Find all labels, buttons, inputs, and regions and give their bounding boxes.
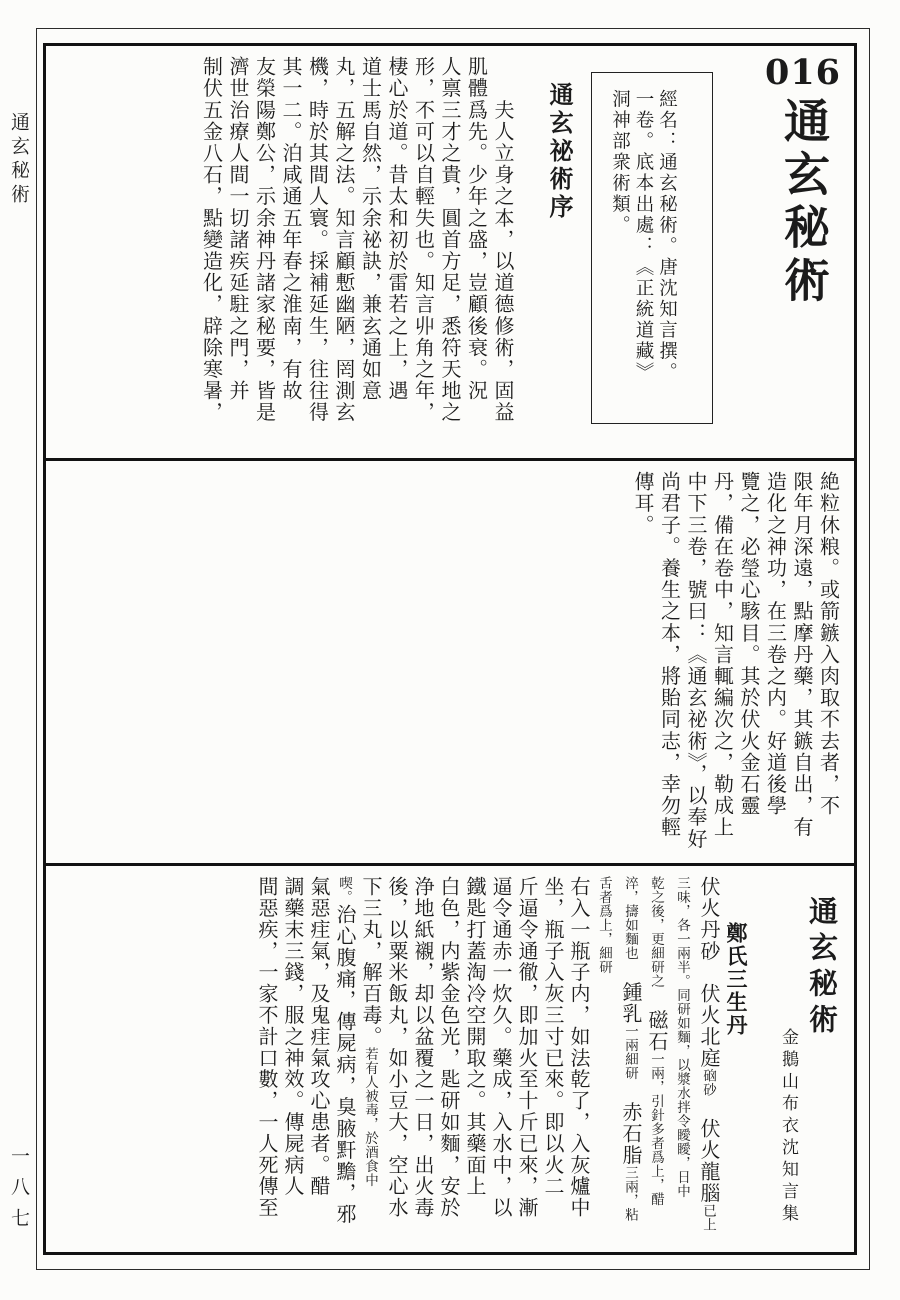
annotation-text: 淬，擣如麵也 (623, 876, 638, 960)
text-column: 機，時於其間人寰。採補延生，往往得 (307, 56, 327, 452)
margin-running-title: 通玄秘術 (9, 112, 28, 208)
recipe-text-column: 淬，擣如麵也 鍾乳一兩細研 赤石脂三兩，粘 (620, 876, 640, 1248)
text-column: 絶粒休粮。或箭鏃入肉取不去者，不 (818, 471, 838, 855)
recipe-text-column: 喫。治心腹痛，傳屍病，臭腋䵟黵，邪 (334, 876, 354, 1248)
recipe-text-column: 下三丸，解百毒。若有人被毒，於酒食中 (360, 876, 380, 1248)
main-text-title: 通玄秘術 (806, 876, 835, 1248)
colophon-columns: 經名：通玄秘術。唐沈知言撰。一卷。底本出處：《正統道藏》洞神部衆術類。 (592, 73, 694, 423)
body-text: 調藥末三錢，服之神效。傳屍病人 (281, 876, 303, 1197)
annotation-text: 三兩，粘 (623, 1166, 638, 1222)
text-column: 人禀三才之貴，圓首方足，悉符天地之 (439, 56, 459, 452)
recipe-text-column: 後，以粟米飯丸，如小豆大，空心水 (386, 876, 406, 1248)
body-text: 氣惡疰氣，及鬼疰氣攻心患者。醋 (307, 876, 329, 1197)
recipe-text-column: 調藥末三錢，服之神效。傳屍病人 (282, 876, 302, 1248)
body-text: 鍾乳 (619, 960, 641, 1024)
body-text: 後，以粟米飯丸，如小豆大，空心水 (385, 876, 407, 1218)
preface-title: 通玄祕術序 (546, 56, 570, 452)
text-column: 夫人立身之本，以道德修術，固益 (492, 56, 512, 452)
masthead: 016 通玄秘術 (756, 54, 850, 309)
page-number-folio: 一八七 (9, 1146, 28, 1239)
body-text: 治心腹痛，傳屍病，臭腋䵟黵，邪 (333, 904, 355, 1225)
recipe-text-column: 乾之後，更細研之 磁石一兩，引針多者爲上，醋 (646, 876, 666, 1248)
recipe-text-column: 間惡疾，一家不計口數，一人死傳至 (256, 876, 276, 1248)
annotation-text: 三味，各一兩半。同研如麵，以漿水拌令瞹瞹，日中 (675, 876, 690, 1198)
recipe-text-column: 斤逼令通徹，即加火至十斤已來，漸 (516, 876, 536, 1248)
text-column: 傳耳。 (632, 471, 652, 855)
masthead-number: 016 (756, 54, 850, 93)
body-text: 斤逼令通徹，即加火至十斤已來，漸 (515, 876, 537, 1218)
text-column: 限年月深遠，點摩丹藥，其鏃自出，有 (791, 471, 811, 855)
body-text: 坐，瓶子入灰三寸已來。即以火二 (541, 876, 563, 1197)
annotation-text: 若有人被毒，於酒食中 (363, 1047, 378, 1187)
section-preface: 016 通玄秘術 經名：通玄秘術。唐沈知言撰。一卷。底本出處：《正統道藏》洞神部… (46, 46, 854, 461)
annotation-text: 舌者爲上，細研 (597, 876, 612, 974)
body-text: 鐵匙打蓋淘冷空開取之。其藥面上 (463, 876, 485, 1197)
body-text: 赤石脂 (619, 1080, 641, 1166)
text-column: 道士馬自然，示余祕訣，兼玄通如意 (360, 56, 380, 452)
body-text: 間惡疾，一家不計口數，一人死傳至 (255, 876, 277, 1218)
text-column: 制伏五金八石，點變造化，辟除寒暑， (201, 56, 221, 452)
body-text: 下三丸，解百毒。 (359, 876, 381, 1047)
body-text: 浄地紙襯，却以盆覆之一日，出火毒 (411, 876, 433, 1218)
text-column: 尚君子。養生之本，將貽同志，幸勿輕 (659, 471, 679, 855)
main-text-body: 通玄秘術 金鵝山布衣沈知言集 鄭氏三生丹 伏火丹砂 伏火北庭硇砂 伏火龍腦已上三… (58, 876, 844, 1248)
recipe-text-column: 舌者爲上，細研 (594, 876, 614, 1248)
text-column: 中下三卷，號曰：《通玄祕術》，以奉好 (685, 471, 705, 855)
text-column: 覽之，必瑩心駭目。其於伏火金石靈 (738, 471, 758, 855)
section-main-text: 通玄秘術 金鵝山布衣沈知言集 鄭氏三生丹 伏火丹砂 伏火北庭硇砂 伏火龍腦已上三… (46, 866, 854, 1252)
text-column: 濟世治療人間一切諸疾延駐之門，并 (227, 56, 247, 452)
recipe-text-column: 逼令通赤一炊久。藥成，入水中，以 (490, 876, 510, 1248)
recipe-text-column: 三味，各一兩半。同研如麵，以漿水拌令瞹瞹，日中 (672, 876, 692, 1248)
recipe-text-column: 白色，内紫金色光，匙研如麵，安於 (438, 876, 458, 1248)
colophon-box: 經名：通玄秘術。唐沈知言撰。一卷。底本出處：《正統道藏》洞神部衆術類。 (591, 72, 713, 424)
text-column: 造化之神功，在三卷之内。好道後學 (765, 471, 785, 855)
body-text: 伏火龍腦 (697, 1097, 719, 1204)
body-text: 逼令通赤一炊久。藥成，入水中，以 (489, 876, 511, 1218)
text-column: 丹，備在卷中，知言輒編次之，勒成上 (712, 471, 732, 855)
recipe-text-column: 浄地紙襯，却以盆覆之一日，出火毒 (412, 876, 432, 1248)
annotation-text: 一兩細研 (623, 1024, 638, 1080)
masthead-title: 通玄秘術 (780, 97, 826, 309)
annotation-text: 一兩，引針多者爲上，醋 (649, 1052, 664, 1206)
preface-body: 通玄祕術序 夫人立身之本，以道德修術，固益肌體爲先。少年之盛，豈顧後衰。況人禀三… (60, 56, 578, 452)
annotation-text: 喫。 (337, 876, 352, 904)
text-column: 形，不可以自輕失也。知言丱角之年， (413, 56, 433, 452)
body-text: 伏火丹砂 伏火北庭 (697, 876, 719, 1069)
main-border-frame: 016 通玄秘術 經名：通玄秘術。唐沈知言撰。一卷。底本出處：《正統道藏》洞神部… (43, 43, 857, 1255)
recipe-section-header: 鄭氏三生丹 (725, 876, 746, 1248)
recipe-text-column: 伏火丹砂 伏火北庭硇砂 伏火龍腦已上 (698, 876, 718, 1248)
recipe-text-column: 坐，瓶子入灰三寸已來。即以火二 (542, 876, 562, 1248)
text-column: 棲心於道。昔太和初於雷若之上，遇 (386, 56, 406, 452)
main-text-byline: 金鵝山布衣沈知言集 (780, 876, 797, 1248)
text-column: 友榮陽鄭公，示余神丹諸家秘要，皆是 (254, 56, 274, 452)
body-text: 磁石 (645, 988, 667, 1052)
scanned-document-page: { "page": { "colors": {"background": "#f… (0, 0, 900, 1300)
recipe-text-column: 鐵匙打蓋淘冷空開取之。其藥面上 (464, 876, 484, 1248)
annotation-text: 已上 (701, 1204, 716, 1232)
text-column: 一卷。底本出處：《正統道藏》 (634, 89, 653, 407)
annotation-text: 硇砂 (701, 1069, 716, 1097)
body-text: 右入一瓶子内，如法乾了，入灰爐中 (567, 876, 589, 1218)
recipe-text-column: 氣惡疰氣，及鬼疰氣攻心患者。醋 (308, 876, 328, 1248)
section-preface-continuation: 絶粒休粮。或箭鏃入肉取不去者，不限年月深遠，點摩丹藥，其鏃自出，有造化之神功，在… (46, 461, 854, 866)
text-column: 肌體爲先。少年之盛，豈顧後衰。況 (466, 56, 486, 452)
continuation-columns: 絶粒休粮。或箭鏃入肉取不去者，不限年月深遠，點摩丹藥，其鏃自出，有造化之神功，在… (60, 471, 844, 855)
body-text: 白色，内紫金色光，匙研如麵，安於 (437, 876, 459, 1218)
text-column: 丸，五解之法。知言顧慙幽陋，罔測玄 (333, 56, 353, 452)
text-column: 其一二。泊咸通五年春之淮南，有故 (280, 56, 300, 452)
recipe-text-column: 右入一瓶子内，如法乾了，入灰爐中 (568, 876, 588, 1248)
annotation-text: 乾之後，更細研之 (649, 876, 664, 988)
text-column: 經名：通玄秘術。唐沈知言撰。 (657, 89, 676, 407)
text-column: 洞神部衆術類。 (610, 89, 629, 407)
